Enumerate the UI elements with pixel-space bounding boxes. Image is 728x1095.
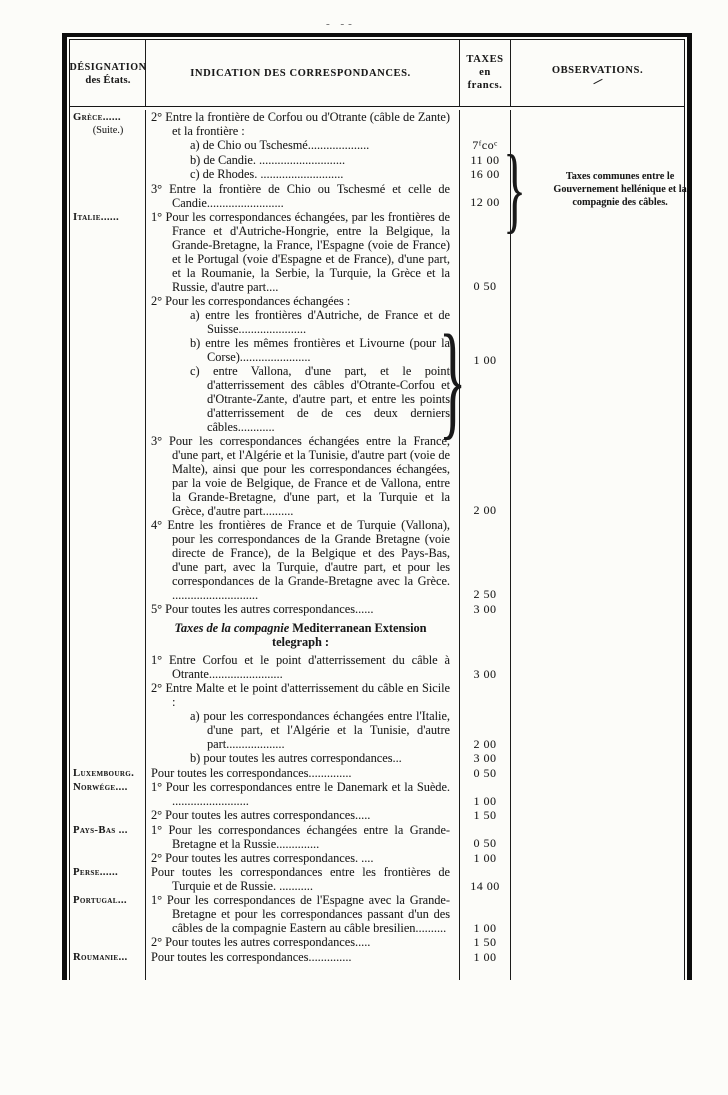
observations-cell (511, 766, 684, 781)
table-row-spacer (70, 964, 684, 980)
table-row: b) pour toutes les autres correspondance… (70, 751, 684, 766)
entry-paragraph: 2° Entre la frontière de Corfou ou d'Otr… (151, 110, 450, 138)
table-row: 4° Entre les frontières de France et de … (70, 518, 684, 602)
entry-cell: 1° Pour les correspondances échangées en… (146, 823, 460, 851)
tax-value: 7ᶠcoᶜ (472, 138, 497, 152)
state-cell: Perse...... (70, 865, 146, 893)
tax-value: 1 00 (474, 794, 497, 808)
entry-cell: 4° Entre les frontières de France et de … (146, 518, 460, 602)
entry-paragraph: 2° Pour les correspondances échangées : (151, 294, 450, 308)
section-heading-italic: Taxes de la compagnie (175, 621, 290, 635)
header-taxes-en-francs: TAXES en francs. (460, 40, 511, 106)
entry-paragraph: 2° Pour toutes les autres correspondance… (151, 808, 450, 822)
observations-cell (511, 893, 684, 935)
header-taxes-line2: en (479, 66, 491, 79)
observations-tick-mark (593, 79, 602, 85)
observations-cell (511, 518, 684, 602)
tax-cell: 3 00 (460, 653, 511, 681)
entry-paragraph: Pour toutes les correspondances entre le… (151, 865, 450, 893)
entry-cell: c) de Rhodes. ..........................… (146, 167, 460, 182)
state-cell: Roumanie... (70, 950, 146, 965)
tax-value: 1 00 (474, 851, 497, 865)
tax-cell: 0 50 (460, 766, 511, 781)
observations-cell (511, 681, 684, 709)
tariff-table-frame: DÉSIGNATION des États. INDICATION DES CO… (62, 33, 692, 980)
state-label: Luxembourg. (73, 767, 143, 780)
entry-paragraph: 1° Pour les correspondances échangées, p… (151, 210, 450, 294)
state-cell (70, 851, 146, 866)
header-taxes-line1: TAXES (466, 53, 503, 66)
table-body: } Taxes communes entre le Gouvernement h… (70, 107, 684, 980)
entry-paragraph: c) de Rhodes. ..........................… (151, 167, 450, 181)
table-row: 2° Pour toutes les autres correspondance… (70, 935, 684, 950)
state-label-suite: (Suite.) (73, 124, 143, 137)
state-label: Italie...... (73, 211, 143, 224)
entry-cell: 2° Pour toutes les autres correspondance… (146, 808, 460, 823)
tax-value: 0 50 (474, 766, 497, 780)
tax-value: 16 00 (470, 167, 500, 181)
tax-value: 1 50 (474, 808, 497, 822)
state-cell (70, 751, 146, 766)
table-row: Luxembourg.Pour toutes les correspondanc… (70, 766, 684, 781)
entry-cell: 2° Entre la frontière de Corfou ou d'Otr… (146, 110, 460, 138)
table-row: Taxes de la compagnie Mediterranean Exte… (70, 616, 684, 653)
header-observations: OBSERVATIONS. (511, 40, 684, 106)
table-row: 5° Pour toutes les autres correspondance… (70, 602, 684, 617)
observations-cell (511, 823, 684, 851)
section-heading-roman: Mediterranean Extension telegraph : (272, 621, 427, 649)
entry-paragraph: 5° Pour toutes les autres correspondance… (151, 602, 450, 616)
entry-cell: 3° Pour les correspondances échangées en… (146, 434, 460, 518)
entry-paragraph: 1° Pour les correspondances de l'Espagne… (151, 893, 450, 935)
table-row: a) pour les correspondances échangées en… (70, 709, 684, 751)
entry-paragraph: 1° Pour les correspondances entre le Dan… (151, 780, 450, 808)
tax-cell: 1 50 (460, 808, 511, 823)
entry-paragraph: a) pour les correspondances échangées en… (151, 709, 450, 751)
state-cell (70, 518, 146, 602)
table-row: 2° Entre Malte et le point d'atterrissem… (70, 681, 684, 709)
section-heading: Taxes de la compagnie Mediterranean Exte… (151, 621, 450, 649)
observations-cell (511, 294, 684, 308)
tax-value: 0 50 (474, 279, 497, 293)
state-label: Pays-Bas ... (73, 824, 143, 837)
state-cell (70, 294, 146, 308)
state-cell (70, 434, 146, 518)
observations-cell (511, 602, 684, 617)
table-row: 2° Pour toutes les autres correspondance… (70, 851, 684, 866)
observations-cell (511, 780, 684, 808)
tax-value: 2 00 (474, 737, 497, 751)
entry-cell: a) de Chio ou Tschesmé..................… (146, 138, 460, 153)
entry-cell: 5° Pour toutes les autres correspondance… (146, 602, 460, 617)
entry-cell: a) entre les frontières d'Autriche, de F… (146, 308, 460, 434)
entry-cell: b) pour toutes les autres correspondance… (146, 751, 460, 766)
entry-paragraph: b) pour toutes les autres correspondance… (151, 751, 450, 765)
header-taxes-line3: francs. (468, 79, 503, 92)
observations-cell (511, 851, 684, 866)
tax-value: 11 00 (470, 153, 499, 167)
page-top-mark: ‐ ‐‐ (326, 18, 416, 30)
table-row: 2° Pour toutes les autres correspondance… (70, 808, 684, 823)
state-cell (70, 138, 146, 153)
tax-cell (460, 681, 511, 709)
observations-cell (511, 616, 684, 653)
entry-paragraph: a) de Chio ou Tschesmé..................… (151, 138, 450, 152)
tax-cell: 1 00 (460, 950, 511, 965)
tax-cell: 1 00 (460, 308, 511, 434)
observations-cell (511, 751, 684, 766)
tax-value: 1 00 (474, 921, 497, 935)
state-cell: Grèce......(Suite.) (70, 110, 146, 138)
tax-cell: 14 00 (460, 865, 511, 893)
entry-paragraph: 3° Pour les correspondances échangées en… (151, 434, 450, 518)
entry-paragraph: c) entre Vallona, d'une part, et le poin… (151, 364, 450, 434)
entry-cell: b) de Candie. ..........................… (146, 153, 460, 168)
state-cell (70, 308, 146, 434)
entry-paragraph: 2° Pour toutes les autres correspondance… (151, 935, 450, 949)
header-designation-line2: des États. (85, 74, 130, 87)
entry-cell: 1° Pour les correspondances entre le Dan… (146, 780, 460, 808)
table-row: Portugal...1° Pour les correspondances d… (70, 893, 684, 935)
entry-paragraph: 1° Entre Corfou et le point d'atterrisse… (151, 653, 450, 681)
entry-paragraph: b) de Candie. ..........................… (151, 153, 450, 167)
tax-cell: 2 00 (460, 709, 511, 751)
tax-cell (460, 616, 511, 653)
entry-cell: 1° Entre Corfou et le point d'atterrisse… (146, 653, 460, 681)
state-cell (70, 616, 146, 653)
state-cell: Italie...... (70, 210, 146, 294)
tax-cell: 2 50 (460, 518, 511, 602)
observations-cell (511, 709, 684, 751)
observation-note: } Taxes communes entre le Gouvernement h… (503, 133, 689, 245)
entry-cell: Pour toutes les correspondances entre le… (146, 865, 460, 893)
table-row: a) entre les frontières d'Autriche, de F… (70, 308, 684, 434)
entry-paragraph: a) entre les frontières d'Autriche, de F… (151, 308, 450, 336)
table-row: Roumanie...Pour toutes les correspondanc… (70, 950, 684, 965)
state-cell (70, 602, 146, 617)
entry-paragraph: Pour toutes les correspondances.........… (151, 950, 450, 964)
state-cell (70, 653, 146, 681)
entry-cell: a) pour les correspondances échangées en… (146, 709, 460, 751)
tax-value: 1 00 (474, 950, 497, 964)
tax-value: 1 00 (474, 353, 497, 367)
state-cell (70, 167, 146, 182)
state-cell: Luxembourg. (70, 766, 146, 781)
observations-cell (511, 950, 684, 965)
observation-brace-icon: } (503, 137, 526, 241)
tax-value: 1 50 (474, 935, 497, 949)
entry-cell: Taxes de la compagnie Mediterranean Exte… (146, 616, 460, 653)
table-row: Pays-Bas ...1° Pour les correspondances … (70, 823, 684, 851)
entry-paragraph: 3° Entre la frontière de Chio ou Tschesm… (151, 182, 450, 210)
tax-value: 0 50 (474, 836, 497, 850)
observations-cell (511, 653, 684, 681)
state-label: Portugal... (73, 894, 143, 907)
table-header-row: DÉSIGNATION des États. INDICATION DES CO… (70, 40, 684, 107)
state-cell (70, 935, 146, 950)
header-indication-label: INDICATION DES CORRESPONDANCES. (190, 67, 411, 80)
entry-paragraph: Pour toutes les correspondances.........… (151, 766, 450, 780)
entry-cell: Pour toutes les correspondances.........… (146, 766, 460, 781)
observations-cell (511, 865, 684, 893)
tax-cell: 1 50 (460, 935, 511, 950)
tax-cell: 2 00 (460, 434, 511, 518)
entry-cell: 2° Pour toutes les autres correspondance… (146, 851, 460, 866)
observations-cell (511, 935, 684, 950)
state-cell: Portugal... (70, 893, 146, 935)
observations-cell (511, 808, 684, 823)
tariff-table: DÉSIGNATION des États. INDICATION DES CO… (69, 39, 685, 980)
state-cell: Norwége.... (70, 780, 146, 808)
entry-cell: 2° Pour les correspondances échangées : (146, 294, 460, 308)
entry-cell: 2° Entre Malte et le point d'atterrissem… (146, 681, 460, 709)
observation-text: Taxes communes entre le Gouvernement hel… (551, 170, 689, 209)
observations-cell (511, 434, 684, 518)
table-row: 1° Entre Corfou et le point d'atterrisse… (70, 653, 684, 681)
entry-paragraph: 1° Pour les correspondances échangées en… (151, 823, 450, 851)
state-label: Roumanie... (73, 951, 143, 964)
state-label: Norwége.... (73, 781, 143, 794)
tax-cell: 1 00 (460, 851, 511, 866)
table-row: 3° Pour les correspondances échangées en… (70, 434, 684, 518)
table-row: 2° Pour les correspondances échangées : (70, 294, 684, 308)
tax-cell: 1 00 (460, 780, 511, 808)
state-label: Grèce...... (73, 111, 143, 124)
header-observations-label: OBSERVATIONS. (552, 64, 643, 77)
entry-cell: 3° Entre la frontière de Chio ou Tschesm… (146, 182, 460, 210)
entry-paragraph: b) entre les mêmes frontières et Livourn… (151, 336, 450, 364)
tax-value: 12 00 (470, 195, 500, 209)
state-label: Perse...... (73, 866, 143, 879)
tax-value: 2 00 (474, 503, 497, 517)
entry-cell: 2° Pour toutes les autres correspondance… (146, 935, 460, 950)
entry-paragraph: 2° Pour toutes les autres correspondance… (151, 851, 450, 865)
tax-value: 2 50 (474, 587, 497, 601)
state-cell (70, 182, 146, 210)
tax-value: 3 00 (474, 751, 497, 765)
entry-cell: Pour toutes les correspondances.........… (146, 950, 460, 965)
entry-paragraph: 4° Entre les frontières de France et de … (151, 518, 450, 602)
tax-cell: 1 00 (460, 893, 511, 935)
tax-value: 3 00 (474, 667, 497, 681)
state-cell: Pays-Bas ... (70, 823, 146, 851)
tax-value: 14 00 (470, 879, 500, 893)
tax-cell: 3 00 (460, 602, 511, 617)
observations-cell (511, 308, 684, 434)
state-cell (70, 808, 146, 823)
state-cell (70, 153, 146, 168)
group-brace-icon: } (438, 314, 466, 446)
entry-cell: 1° Pour les correspondances de l'Espagne… (146, 893, 460, 935)
state-cell (70, 709, 146, 751)
entry-paragraph: 2° Entre Malte et le point d'atterrissem… (151, 681, 450, 709)
tax-cell (460, 294, 511, 308)
header-designation-etats: DÉSIGNATION des États. (70, 40, 146, 106)
table-row: Perse......Pour toutes les correspondanc… (70, 865, 684, 893)
state-cell (70, 681, 146, 709)
header-designation-line1: DÉSIGNATION (70, 61, 147, 74)
header-indication-correspondances: INDICATION DES CORRESPONDANCES. (146, 40, 460, 106)
table-row: Norwége....1° Pour les correspondances e… (70, 780, 684, 808)
tax-value: 3 00 (474, 602, 497, 616)
entry-cell: 1° Pour les correspondances échangées, p… (146, 210, 460, 294)
tax-cell: 0 50 (460, 823, 511, 851)
tax-cell: 3 00 (460, 751, 511, 766)
